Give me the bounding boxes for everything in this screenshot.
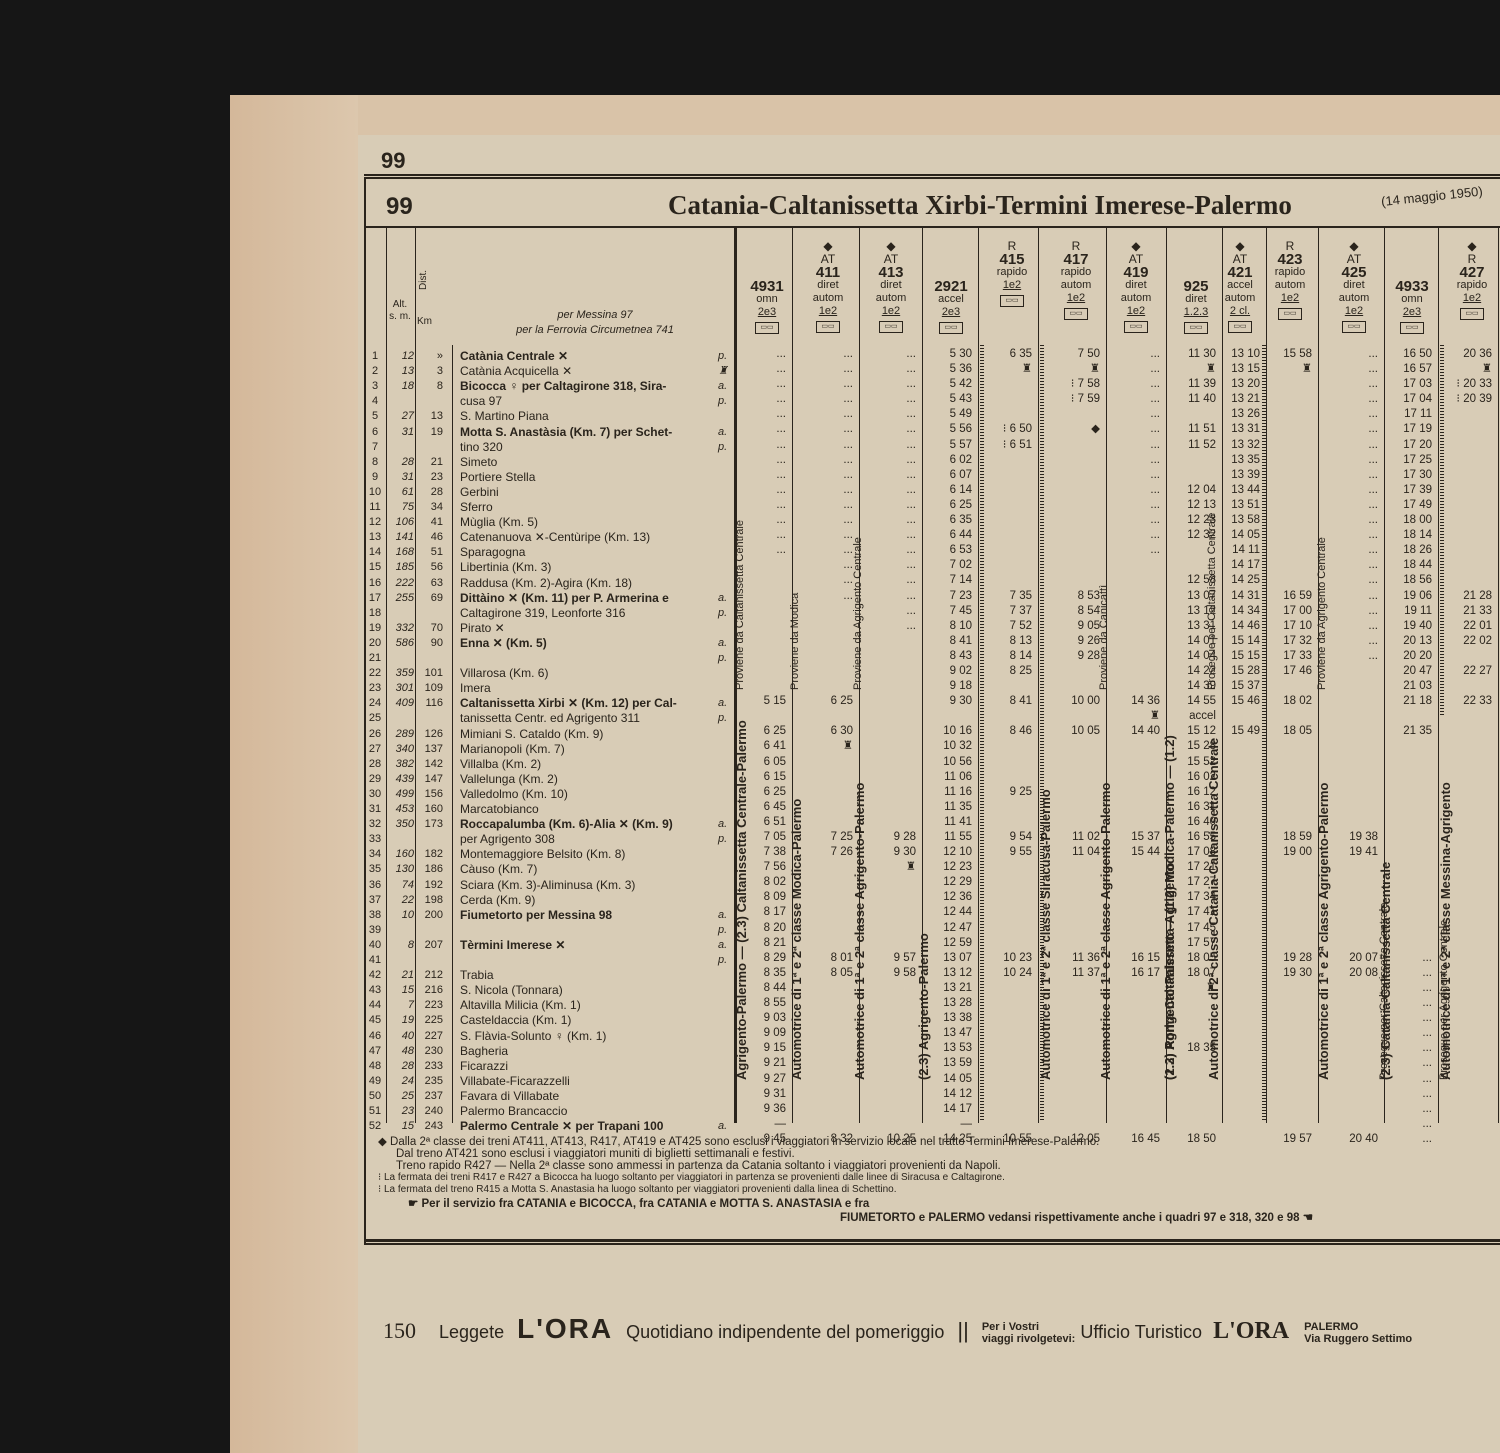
row-number: 25 xyxy=(366,711,384,725)
carriage-icon: ▭▭ xyxy=(1278,308,1302,320)
time-cell xyxy=(866,724,916,739)
time-cell xyxy=(1052,438,1100,453)
time-cell: 14 05 xyxy=(1220,528,1260,543)
time-cell: 5 49 xyxy=(930,407,972,422)
row-number: 6 xyxy=(366,425,384,439)
time-cell: 8 44 xyxy=(748,981,786,996)
time-cell xyxy=(1052,770,1100,785)
row-number: 50 xyxy=(366,1089,384,1103)
time-cell xyxy=(1330,800,1378,815)
advert-viaggi: Per i Vostriviaggi rivolgetevi: xyxy=(982,1321,1076,1345)
altitude: 75 xyxy=(386,500,414,514)
time-cell xyxy=(1220,709,1260,724)
time-cell xyxy=(1112,890,1160,905)
time-cell: ... xyxy=(866,483,916,498)
time-cell: 9 27 xyxy=(748,1072,786,1087)
time-cell xyxy=(1268,513,1312,528)
time-cell xyxy=(803,1117,853,1132)
train-number: 415 xyxy=(992,253,1032,266)
time-cell xyxy=(803,890,853,905)
distance-km: 186 xyxy=(417,862,443,876)
time-cell: 19 40 xyxy=(1392,619,1432,634)
time-cell: ... xyxy=(803,589,853,604)
train-times-column: ........................................… xyxy=(866,347,916,1147)
station-name: Imera xyxy=(460,681,732,695)
time-cell: 21 33 xyxy=(1452,604,1492,619)
time-cell xyxy=(1112,739,1160,754)
footnote-hand-2: FIUMETORTO e PALERMO vedansi rispettivam… xyxy=(840,1212,1313,1224)
distance-km: 28 xyxy=(417,485,443,499)
train-type: rapido autom xyxy=(1061,266,1092,291)
time-cell: ... xyxy=(1112,468,1160,483)
time-cell xyxy=(1112,1072,1160,1087)
time-cell xyxy=(1112,1117,1160,1132)
route-annotation: Automotrice di 1ª e 2ª classe Modica-Pal… xyxy=(789,799,804,1080)
time-cell: 11 39 xyxy=(1176,377,1216,392)
time-cell xyxy=(1392,785,1432,800)
time-cell xyxy=(1112,634,1160,649)
time-cell xyxy=(992,890,1032,905)
time-cell: ... xyxy=(1112,528,1160,543)
time-cell: 12 13 xyxy=(1176,498,1216,513)
distance-km: 173 xyxy=(417,817,443,831)
route-annotation: Proviene da Caltanissetta Centrale xyxy=(734,520,746,690)
arr-dep-marker: p. xyxy=(718,440,727,454)
arr-dep-marker: ♜ xyxy=(718,364,728,378)
time-cell: ... xyxy=(866,392,916,407)
time-cell xyxy=(1052,558,1100,573)
arr-dep-marker: a. xyxy=(718,1119,727,1133)
time-cell xyxy=(992,513,1032,528)
time-cell: 17 20 xyxy=(1392,438,1432,453)
arr-dep-marker: p. xyxy=(718,953,727,967)
time-cell xyxy=(866,875,916,890)
time-cell: 17 25 xyxy=(1392,453,1432,468)
train-class: 2e3 xyxy=(1392,306,1432,319)
time-cell xyxy=(1268,438,1312,453)
time-cell xyxy=(1052,679,1100,694)
time-cell: 14 17 xyxy=(1220,558,1260,573)
time-cell: 13 58 xyxy=(1220,513,1260,528)
time-cell: 6 41 xyxy=(748,739,786,754)
time-cell: 16 45 xyxy=(1112,1132,1160,1147)
time-cell: 15 14 xyxy=(1220,634,1260,649)
time-cell xyxy=(803,785,853,800)
arr-dep-marker: p. xyxy=(718,606,727,620)
time-cell xyxy=(1330,664,1378,679)
time-cell: 17 33 xyxy=(1268,649,1312,664)
distance-km: 227 xyxy=(417,1029,443,1043)
time-cell xyxy=(1268,528,1312,543)
altitude: 222 xyxy=(386,576,414,590)
time-cell: 8 55 xyxy=(748,996,786,1011)
time-cell: 8 35 xyxy=(748,966,786,981)
station-name: Gerbini xyxy=(460,485,732,499)
time-cell: 15 49 xyxy=(1220,724,1260,739)
time-cell xyxy=(803,755,853,770)
time-cell xyxy=(748,604,786,619)
altitude: 10 xyxy=(386,908,414,922)
arr-dep-marker: a. xyxy=(718,379,727,393)
train-number: 4933 xyxy=(1392,280,1432,293)
time-cell xyxy=(1268,921,1312,936)
time-cell: — xyxy=(748,1117,786,1132)
footnote-text: FIUMETORTO e PALERMO vedansi rispettivam… xyxy=(840,1212,1300,1224)
arr-dep-marker: a. xyxy=(718,908,727,922)
time-cell: ... xyxy=(1112,407,1160,422)
time-cell xyxy=(1052,921,1100,936)
train-type: diret autom xyxy=(1121,279,1152,304)
time-cell: ... xyxy=(1112,347,1160,362)
time-cell xyxy=(1052,755,1100,770)
time-cell xyxy=(1330,694,1378,709)
distance-km: 142 xyxy=(417,757,443,771)
arr-dep-marker: a. xyxy=(718,591,727,605)
time-cell: 22 01 xyxy=(1452,619,1492,634)
altitude: 31 xyxy=(386,425,414,439)
time-cell: 13 21 xyxy=(930,981,972,996)
time-cell: ... xyxy=(803,438,853,453)
time-cell xyxy=(1220,755,1260,770)
time-cell: 22 33 xyxy=(1452,694,1492,709)
time-cell xyxy=(1268,422,1312,437)
carriage-icon: ▭▭ xyxy=(1228,321,1252,333)
time-cell: 14 36 xyxy=(1112,694,1160,709)
time-cell: 10 23 xyxy=(992,951,1032,966)
divider xyxy=(1498,228,1499,1123)
time-cell: 6 35 xyxy=(992,347,1032,362)
time-cell xyxy=(1330,739,1378,754)
row-number: 44 xyxy=(366,998,384,1012)
time-cell: 5 36 xyxy=(930,362,972,377)
time-cell: 13 07 xyxy=(930,951,972,966)
time-cell: ⁝ 6 50 xyxy=(992,422,1032,437)
time-cell xyxy=(1452,709,1492,724)
altitude: 453 xyxy=(386,802,414,816)
altitude: 28 xyxy=(386,455,414,469)
time-cell: 8 21 xyxy=(748,936,786,951)
train-header: ◆AT425diret autom1e2▭▭ xyxy=(1330,240,1378,333)
time-cell: 17 46 xyxy=(1268,664,1312,679)
train-class: 1e2 xyxy=(1112,305,1160,318)
time-cell: 22 02 xyxy=(1452,634,1492,649)
time-cell: 10 32 xyxy=(930,739,972,754)
time-cell xyxy=(1268,1087,1312,1102)
time-cell: 18 50 xyxy=(1176,1132,1216,1147)
time-cell xyxy=(1392,845,1432,860)
row-number: 38 xyxy=(366,908,384,922)
station-name: Vallelunga (Km. 2) xyxy=(460,772,732,786)
time-cell xyxy=(866,1011,916,1026)
time-cell xyxy=(1112,875,1160,890)
altitude: 301 xyxy=(386,681,414,695)
time-cell: ... xyxy=(1330,422,1378,437)
time-cell: 9 25 xyxy=(992,785,1032,800)
distance-km: 223 xyxy=(417,998,443,1012)
time-cell: ... xyxy=(1392,1072,1432,1087)
time-cell: 16 59 xyxy=(1268,589,1312,604)
time-cell xyxy=(1220,951,1260,966)
time-cell xyxy=(748,664,786,679)
time-cell: 19 57 xyxy=(1268,1132,1312,1147)
time-cell xyxy=(1268,468,1312,483)
distance-km: 225 xyxy=(417,1013,443,1027)
time-cell xyxy=(1112,921,1160,936)
station-name: Ficarazzi xyxy=(460,1059,732,1073)
time-cell xyxy=(992,996,1032,1011)
time-cell: 14 25 xyxy=(1220,573,1260,588)
row-number: 20 xyxy=(366,636,384,650)
time-cell xyxy=(1330,1056,1378,1071)
time-cell: 20 36 xyxy=(1452,347,1492,362)
time-cell: 18 56 xyxy=(1392,573,1432,588)
time-cell: 7 45 xyxy=(930,604,972,619)
time-cell xyxy=(1392,755,1432,770)
train-class: 1e2 xyxy=(1268,292,1312,305)
time-cell: ... xyxy=(1112,438,1160,453)
train-times-column: 7 50♜⁝ 7 58⁝ 7 59◆8 538 549 059 269 2810… xyxy=(1052,347,1100,1147)
time-cell: 20 40 xyxy=(1330,1132,1378,1147)
time-cell xyxy=(1330,905,1378,920)
time-cell xyxy=(1392,875,1432,890)
time-cell xyxy=(1052,1056,1100,1071)
altitude: 25 xyxy=(386,1089,414,1103)
time-cell xyxy=(1268,709,1312,724)
time-cell xyxy=(1452,724,1492,739)
time-cell xyxy=(803,770,853,785)
time-cell xyxy=(992,770,1032,785)
row-number: 42 xyxy=(366,968,384,982)
time-cell xyxy=(748,679,786,694)
row-number: 33 xyxy=(366,832,384,846)
time-cell: ⁝ 7 58 xyxy=(1052,377,1100,392)
time-cell xyxy=(1452,558,1492,573)
time-cell: 17 30 xyxy=(1392,468,1432,483)
station-name: Cerda (Km. 9) xyxy=(460,893,732,907)
time-cell: 9 30 xyxy=(866,845,916,860)
distance-km: » xyxy=(417,349,443,363)
page-number-bottom: 150 xyxy=(383,1318,416,1343)
time-cell xyxy=(992,815,1032,830)
time-cell xyxy=(1112,1102,1160,1117)
distance-km: 137 xyxy=(417,742,443,756)
time-cell: ... xyxy=(1112,377,1160,392)
time-cell xyxy=(1452,966,1492,981)
train-type: diret autom xyxy=(813,279,844,304)
time-cell xyxy=(1330,709,1378,724)
time-cell: 17 39 xyxy=(1392,483,1432,498)
time-cell: 8 14 xyxy=(992,649,1032,664)
time-cell xyxy=(992,1102,1032,1117)
route-annotation: Proviene da Agrigento Centrale xyxy=(1316,537,1328,690)
time-cell xyxy=(1452,1117,1492,1132)
station-name: S. Nicola (Tonnara) xyxy=(460,983,732,997)
distance-km: 46 xyxy=(417,530,443,544)
time-cell xyxy=(748,589,786,604)
time-cell: ... xyxy=(1392,1056,1432,1071)
time-cell xyxy=(1452,1011,1492,1026)
time-cell: 7 50 xyxy=(1052,347,1100,362)
time-cell xyxy=(1452,649,1492,664)
time-cell xyxy=(1452,860,1492,875)
train-header: R415rapido1e2▭▭ xyxy=(992,240,1032,307)
time-cell xyxy=(1330,875,1378,890)
time-cell: ... xyxy=(866,498,916,513)
station-name: Palermo Centrale ✕ per Trapani 100 xyxy=(460,1119,732,1133)
time-cell xyxy=(1052,905,1100,920)
time-cell xyxy=(1268,875,1312,890)
footnote-text: La fermata dei treni R417 e R427 a Bicoc… xyxy=(384,1172,1005,1183)
arr-dep-marker: p. xyxy=(718,923,727,937)
time-cell xyxy=(1452,438,1492,453)
row-number: 2 xyxy=(366,364,384,378)
time-cell xyxy=(1268,558,1312,573)
time-cell xyxy=(1268,1117,1312,1132)
route-annotation: Prosegue per Caltanissetta Centrale xyxy=(1378,903,1390,1080)
page-edge xyxy=(230,95,358,1453)
footnote-colon-2: ⁝ La fermata del treno R415 a Motta S. A… xyxy=(378,1184,897,1196)
time-cell: 6 15 xyxy=(748,770,786,785)
time-cell xyxy=(1052,483,1100,498)
time-cell xyxy=(1052,513,1100,528)
time-cell xyxy=(1052,573,1100,588)
time-cell: ... xyxy=(866,438,916,453)
distance-km: 34 xyxy=(417,500,443,514)
divider xyxy=(1266,228,1267,1123)
row-number: 46 xyxy=(366,1029,384,1043)
time-cell: ... xyxy=(1330,392,1378,407)
altitude: 340 xyxy=(386,742,414,756)
time-cell: ... xyxy=(803,483,853,498)
time-cell xyxy=(992,936,1032,951)
time-cell xyxy=(866,664,916,679)
time-cell: accel xyxy=(1176,709,1216,724)
train-class: 2 cl. xyxy=(1220,305,1260,318)
distance-km: 23 xyxy=(417,470,443,484)
time-cell: 9 30 xyxy=(930,694,972,709)
time-cell xyxy=(1052,890,1100,905)
time-cell xyxy=(803,619,853,634)
time-cell: ... xyxy=(803,543,853,558)
time-cell xyxy=(1052,407,1100,422)
divider xyxy=(978,228,979,1123)
time-cell xyxy=(1452,785,1492,800)
train-header: 925diret1.2.3▭▭ xyxy=(1176,280,1216,334)
time-cell xyxy=(1052,1041,1100,1056)
station-name: Fiumetorto per Messina 98 xyxy=(460,908,732,922)
time-cell xyxy=(992,739,1032,754)
train-number: 2921 xyxy=(930,280,972,293)
time-cell xyxy=(1392,815,1432,830)
time-cell: 9 55 xyxy=(992,845,1032,860)
altitude: 130 xyxy=(386,862,414,876)
time-cell: ... xyxy=(1392,1117,1432,1132)
time-cell xyxy=(866,649,916,664)
time-cell xyxy=(1052,528,1100,543)
time-cell xyxy=(1052,709,1100,724)
time-cell xyxy=(1268,392,1312,407)
time-cell: 16 15 xyxy=(1112,951,1160,966)
time-cell xyxy=(803,1087,853,1102)
time-cell xyxy=(1052,739,1100,754)
time-cell xyxy=(1268,1026,1312,1041)
time-cell xyxy=(1452,755,1492,770)
time-cell xyxy=(1330,1011,1378,1026)
time-cell xyxy=(803,649,853,664)
time-cell: 9 36 xyxy=(748,1102,786,1117)
time-cell: 5 15 xyxy=(748,694,786,709)
time-cell: 12 47 xyxy=(930,921,972,936)
time-cell xyxy=(1220,875,1260,890)
time-cell: ... xyxy=(1330,528,1378,543)
distance-km: 56 xyxy=(417,560,443,574)
time-cell xyxy=(1452,845,1492,860)
row-number: 41 xyxy=(366,953,384,967)
time-cell xyxy=(1268,800,1312,815)
time-cell: 17 04 xyxy=(1392,392,1432,407)
time-cell xyxy=(1220,890,1260,905)
footnote-text: La fermata del treno R415 a Motta S. Ana… xyxy=(384,1184,897,1195)
row-number: 17 xyxy=(366,591,384,605)
time-cell xyxy=(1452,815,1492,830)
time-cell: 12 44 xyxy=(930,905,972,920)
route-annotation: Prosegue per Agrigento Centrale xyxy=(1438,920,1450,1080)
advert-ufficio: Ufficio Turistico xyxy=(1080,1322,1202,1342)
time-cell xyxy=(1052,1011,1100,1026)
time-cell: 9 21 xyxy=(748,1056,786,1071)
train-times-column: 5 305 365 425 435 495 565 576 026 076 14… xyxy=(930,347,972,1147)
time-cell xyxy=(1052,1072,1100,1087)
time-cell: ... xyxy=(866,347,916,362)
time-cell xyxy=(866,770,916,785)
time-cell: 7 02 xyxy=(930,558,972,573)
time-cell xyxy=(803,709,853,724)
time-cell: ♜ xyxy=(1268,362,1312,377)
time-cell: 20 07 xyxy=(1330,951,1378,966)
station-name: Càuso (Km. 7) xyxy=(460,862,732,876)
time-cell xyxy=(1452,951,1492,966)
row-number: 16 xyxy=(366,576,384,590)
time-cell: 8 05 xyxy=(803,966,853,981)
time-cell: 19 11 xyxy=(1392,604,1432,619)
time-cell xyxy=(1176,1117,1216,1132)
time-cell xyxy=(866,709,916,724)
time-cell xyxy=(1452,739,1492,754)
altitude: 23 xyxy=(386,1104,414,1118)
time-cell: ... xyxy=(1392,981,1432,996)
train-class: 2e3 xyxy=(748,306,786,319)
advert-separator: || xyxy=(957,1318,968,1343)
time-cell: ... xyxy=(1330,513,1378,528)
time-cell xyxy=(866,905,916,920)
altitude: 499 xyxy=(386,787,414,801)
rapid-service-marker xyxy=(1262,345,1266,1120)
time-cell xyxy=(1452,996,1492,1011)
arr-dep-marker: a. xyxy=(718,696,727,710)
distance-km: 240 xyxy=(417,1104,443,1118)
altitude: 21 xyxy=(386,968,414,982)
time-cell: 9 03 xyxy=(748,1011,786,1026)
time-cell xyxy=(803,905,853,920)
rapid-service-marker xyxy=(1440,345,1444,715)
time-cell xyxy=(1268,770,1312,785)
time-cell xyxy=(1452,528,1492,543)
time-cell xyxy=(1268,573,1312,588)
time-cell xyxy=(1392,936,1432,951)
time-cell: 9 05 xyxy=(1052,619,1100,634)
altitude: 168 xyxy=(386,545,414,559)
distance-km: 207 xyxy=(417,938,443,952)
